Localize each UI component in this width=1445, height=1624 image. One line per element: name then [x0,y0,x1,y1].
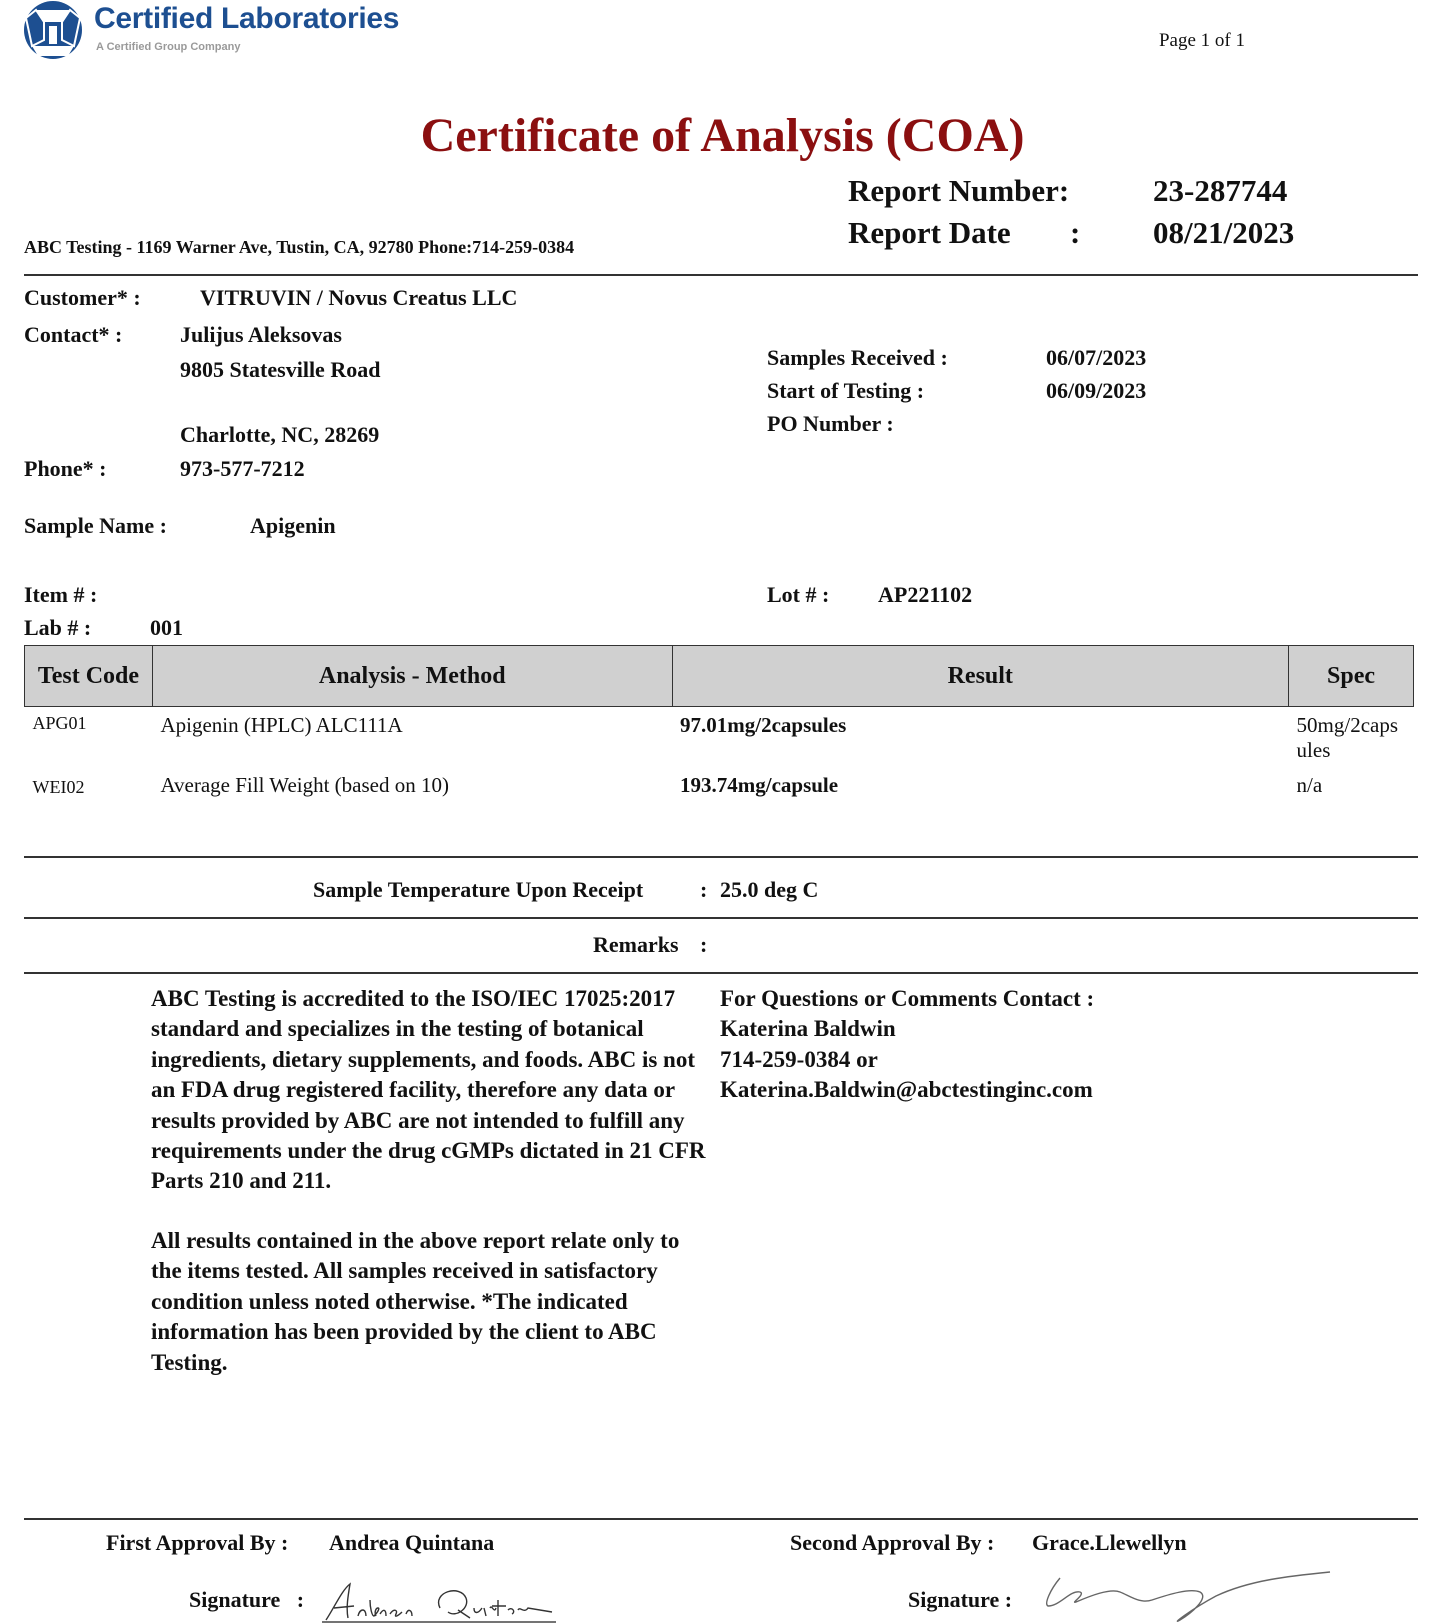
divider [24,1518,1418,1520]
disclaimer-statement: All results contained in the above repor… [151,1226,711,1378]
test-code: WEI02 [25,771,153,819]
second-approval-label: Second Approval By : [790,1530,994,1556]
address-line1: 9805 Statesville Road [180,357,380,383]
report-number-label: Report Number: [848,173,1069,209]
temperature-label: Sample Temperature Upon Receipt [313,877,643,903]
grace-llewellyn-signature-icon [1040,1570,1340,1624]
temperature-value: 25.0 deg C [720,877,818,903]
report-number: 23-287744 [1153,173,1287,209]
samples-received-label: Samples Received : [767,345,948,371]
second-approver-name: Grace.Llewellyn [1032,1530,1187,1556]
report-date-colon: : [1070,215,1080,251]
sample-name: Apigenin [250,513,336,539]
result-value: 193.74mg/capsule [672,771,1289,819]
contact-label: Contact* : [24,322,122,348]
spec-value: n/a [1289,771,1414,819]
lab-label: Lab # : [24,615,91,641]
logo-name: Certified Laboratories [94,2,399,36]
column-header-test-code: Test Code [25,646,153,707]
spec-value: 50mg/2capsules [1289,707,1414,772]
result-value: 97.01mg/2capsules [672,707,1289,772]
analysis-method: Apigenin (HPLC) ALC111A [152,707,672,772]
remarks-label: Remarks [593,932,679,958]
page-indicator: Page 1 of 1 [1159,30,1245,52]
contact-heading: For Questions or Comments Contact : [720,984,1200,1014]
analysis-method: Average Fill Weight (based on 10) [152,771,672,819]
first-approval-label: First Approval By : [106,1530,288,1556]
first-approver-name: Andrea Quintana [329,1530,494,1556]
start-testing: 06/09/2023 [1046,378,1146,404]
test-code: APG01 [25,707,153,772]
andrea-quintana-signature-icon [320,1578,560,1624]
contact-email[interactable]: Katerina.Baldwin@abctestinginc.com [720,1075,1200,1105]
contact-phone: 714-259-0384 or [720,1045,1200,1075]
logo-tagline: A Certified Group Company [96,41,240,53]
phone: 973-577-7212 [180,456,305,482]
remarks-colon: : [700,932,707,958]
samples-received: 06/07/2023 [1046,345,1146,371]
report-date-label: Report Date [848,215,1011,251]
table-header-row: Test Code Analysis - Method Result Spec [25,646,1414,707]
temperature-colon: : [700,877,707,903]
certified-labs-cube-logo-icon [22,0,84,60]
po-number-label: PO Number : [767,411,894,437]
contact-person: Katerina Baldwin [720,1014,1200,1044]
first-signature-label: Signature : [189,1587,304,1613]
divider [24,274,1418,276]
table-row: WEI02 Average Fill Weight (based on 10) … [25,771,1414,819]
accreditation-statement: ABC Testing is accredited to the ISO/IEC… [151,984,711,1197]
column-header-result: Result [672,646,1289,707]
sample-name-label: Sample Name : [24,513,167,539]
document-title: Certificate of Analysis (COA) [0,108,1445,163]
lab-address: ABC Testing - 1169 Warner Ave, Tustin, C… [24,237,574,258]
table-row: APG01 Apigenin (HPLC) ALC111A 97.01mg/2c… [25,707,1414,772]
company-logo: Certified Laboratories A Certified Group… [22,0,462,62]
customer-name: VITRUVIN / Novus Creatus LLC [200,285,517,311]
divider [24,917,1418,919]
lab-number: 001 [150,615,183,641]
customer-label: Customer* : [24,285,141,311]
start-testing-label: Start of Testing : [767,378,924,404]
report-date: 08/21/2023 [1153,215,1294,251]
column-header-spec: Spec [1289,646,1414,707]
contact-info: For Questions or Comments Contact : Kate… [720,984,1200,1106]
divider [24,972,1418,974]
lot-label: Lot # : [767,582,829,608]
divider [24,856,1418,858]
address-line2: Charlotte, NC, 28269 [180,422,379,448]
lot-number: AP221102 [878,582,972,608]
column-header-analysis-method: Analysis - Method [152,646,672,707]
item-label: Item # : [24,582,97,608]
results-table: Test Code Analysis - Method Result Spec … [24,645,1414,819]
second-signature-label: Signature : [908,1587,1012,1613]
contact-name: Julijus Aleksovas [180,322,342,348]
phone-label: Phone* : [24,456,107,482]
